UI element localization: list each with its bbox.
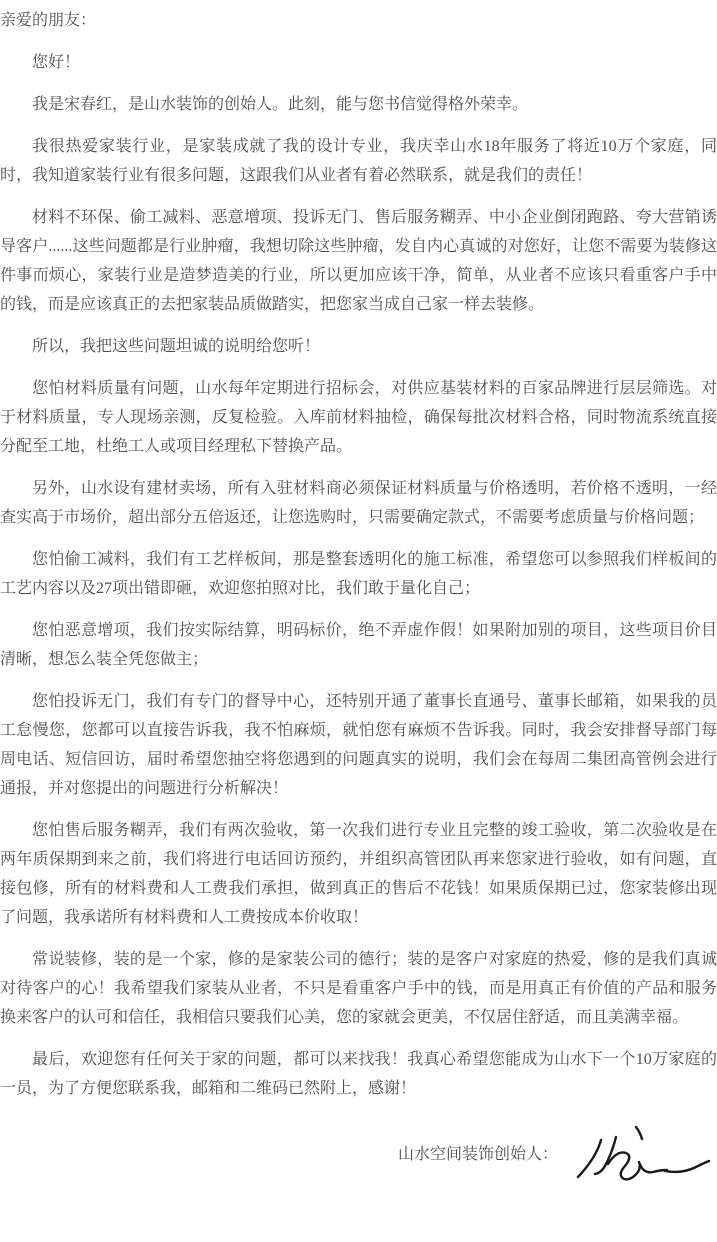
paragraph-craft-standard: 您怕偷工减料，我们有工艺样板间，那是整套透明化的施工标准，希望您可以参照我们样板…: [0, 545, 717, 603]
paragraph-material-market: 另外，山水设有建材卖场，所有入驻材料商必须保证材料质量与价格透明，若价格不透明，…: [0, 474, 717, 532]
letter-document: 亲爱的朋友： 您好！ 我是宋春红，是山水装饰的创始人。此刻，能与您书信觉得格外荣…: [0, 0, 717, 1242]
paragraph-after-sales: 您怕售后服务糊弄，我们有两次验收，第一次我们进行专业且完整的竣工验收，第二次验收…: [0, 816, 717, 932]
handwritten-signature-icon: [570, 1123, 712, 1185]
paragraph-intro: 我是宋春红，是山水装饰的创始人。此刻，能与您书信觉得格外荣幸。: [0, 90, 717, 119]
paragraph-greeting: 您好！: [0, 48, 717, 77]
salutation: 亲爱的朋友：: [0, 6, 717, 35]
paragraph-material-quality: 您怕材料质量有问题，山水每年定期进行招标会，对供应基装材料的百家品牌进行层层筛选…: [0, 374, 717, 461]
paragraph-philosophy: 常说装修，装的是一个家，修的是家装公司的德行；装的是客户对家庭的热爱，修的是我们…: [0, 945, 717, 1032]
paragraph-complaint-channel: 您怕投诉无门，我们有专门的督导中心，还特别开通了董事长直通号、董事长邮箱，如果我…: [0, 687, 717, 803]
paragraph-industry-love: 我很热爱家装行业，是家装成就了我的设计专业，我庆幸山水18年服务了将近10万个家…: [0, 132, 717, 190]
signature-row: 山水空间装饰创始人：: [0, 1123, 717, 1185]
signature-label: 山水空间装饰创始人：: [398, 1140, 558, 1169]
paragraph-industry-problems: 材料不环保、偷工减料、恶意增项、投诉无门、售后服务糊弄、中小企业倒闭跑路、夸大营…: [0, 203, 717, 319]
paragraph-pricing: 您怕恶意增项，我们按实际结算，明码标价，绝不弄虚作假！如果附加别的项目，这些项目…: [0, 616, 717, 674]
paragraph-final-invite: 最后，欢迎您有任何关于家的问题，都可以来找我！我真心希望您能成为山水下一个10万…: [0, 1045, 717, 1103]
paragraph-transition: 所以，我把这些问题坦诚的说明给您听！: [0, 332, 717, 361]
